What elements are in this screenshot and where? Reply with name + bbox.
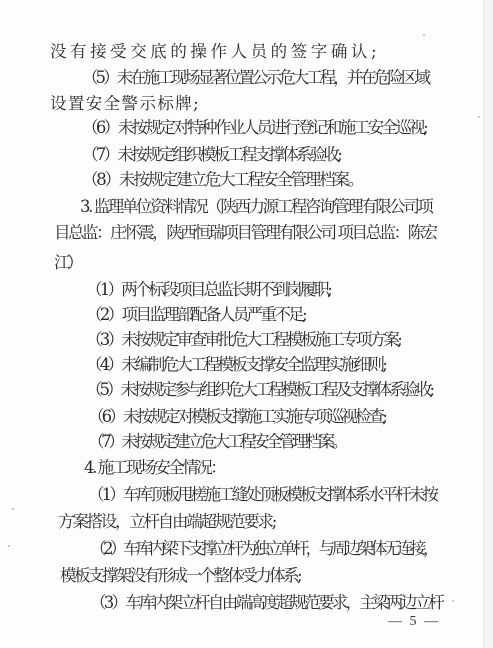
text-line: 设置安全警示标牌; [50,94,200,114]
text-line: （2）车库内梁下支撑立杆为独立单杆，与周边架体无连接， [90,539,436,559]
text-line: 没有接受交底的操作人员的签字确认; [50,42,380,62]
text-line: （3）未按规定审查审批危大工程模板施工专项方案; [86,330,400,350]
text-line: （1）车库顶板甩槎施工缝处顶板模板支撑体系水平杆未按 [88,485,436,505]
text-line: 4. 施工现场安全情况： [84,458,225,478]
text-line: （2）项目监理部配备人员严重不足; [86,305,305,325]
scan-speck [8,545,10,547]
text-line: （3）车库内架立杆自由端高度超规范要求，主梁两边立杆 [90,593,442,613]
text-line: （5）未按规定参与组织危大工程模板工程及支撑体系验收; [86,380,432,400]
scan-speck [423,34,425,36]
document-page: 没有接受交底的操作人员的签字确认;（5）未在施工现场显著位置公示危大工程，并在危… [0,0,483,648]
text-line: 模板支撑架没有形成一个整体受力体系; [60,566,300,586]
page-number: — 5 — [388,612,440,632]
text-line: 3. 监理单位资料情况（陕西力源工程咨询管理有限公司项 [80,197,432,217]
page-edge [483,0,493,648]
text-line: 方案搭设，立杆自由端超规范要求; [58,512,275,532]
scan-speck [478,116,480,118]
text-line: （4）未编制危大工程模板支撑安全监理实施细则; [86,355,385,375]
text-line: 江） [54,253,80,273]
text-line: （1）两个标段项目总监长期不到岗履职; [86,280,330,300]
scan-speck [452,600,454,602]
scan-speck [12,508,14,510]
text-line: （6）未按规定对模板支撑施工实施专项巡视检查; [88,407,385,427]
text-line: 目总监：庄怀震，陕西恒瑞项目管理有限公司 项目总监：陈宏 [54,223,436,243]
text-line: （7）未按规定组织模板工程支撑体系验收; [82,145,340,165]
text-line: （7）未按规定建立危大工程安全管理档案。 [88,432,345,452]
text-line: （8）未按规定建立危大工程安全管理档案。 [82,170,362,190]
text-line: （6）未按规定对特种作业人员进行登记和施工安全巡视; [82,118,426,138]
text-line: （5）未在施工现场显著位置公示危大工程，并在危险区域 [82,68,428,88]
